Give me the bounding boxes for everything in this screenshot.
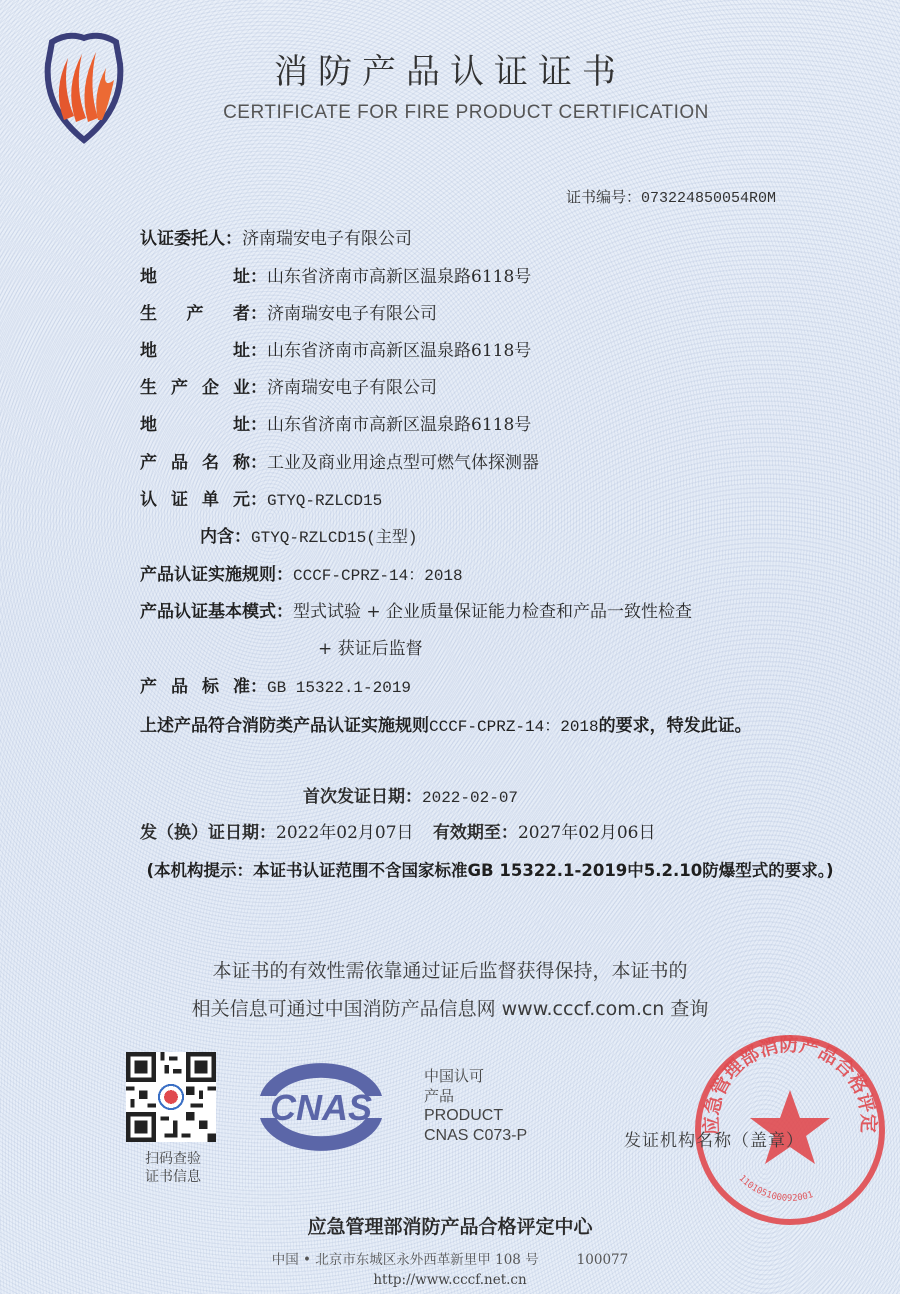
certificate-title-en: CERTIFICATE FOR FIRE PRODUCT CERTIFICATI… (0, 102, 900, 124)
field-includes: 内含：GTYQ-RZLCD15(主型) (200, 522, 417, 547)
svg-text:CNAS: CNAS (270, 1087, 372, 1128)
field-label: 产品标准 (140, 672, 250, 697)
certificate-title: 消防产品认证证书 (0, 44, 900, 93)
field-value: 工业及商业用途点型可燃气体探测器 (267, 453, 539, 473)
field-applicant: 认证委托人：济南瑞安电子有限公司 (140, 224, 412, 249)
qr-caption: 扫码查验 证书信息 (130, 1150, 216, 1186)
certificate-number-label: 证书编号： (566, 188, 641, 206)
field-cert-mode-line2: + 获证后监督 (318, 634, 423, 659)
field-value: 型式试验 + 企业质量保证能力检查和产品一致性检查 (293, 602, 692, 622)
field-manufacturer: 生产者：济南瑞安电子有限公司 (140, 299, 437, 324)
issuing-organization: 应急管理部消防产品合格评定中心 (0, 1212, 900, 1239)
field-value: 济南瑞安电子有限公司 (242, 229, 412, 249)
field-label: 产品名称 (140, 448, 250, 473)
field-value: 山东省济南市高新区温泉路6118号 (267, 415, 531, 435)
field-applicant-address: 地址：山东省济南市高新区温泉路6118号 (140, 262, 531, 287)
field-value: GTYQ-RZLCD15 (267, 492, 382, 510)
field-factory-address: 地址：山东省济南市高新区温泉路6118号 (140, 410, 531, 435)
issuer-label: 发证机构名称（盖章） (624, 1126, 804, 1151)
field-product-standard: 产品标准 ：GB 15322.1-2019 (140, 672, 411, 697)
scope-note: (本机构提示：本证书认证范围不含国家标准GB 15322.1-2019中5.2.… (140, 852, 840, 890)
issue-date: 2022年02月07日 (276, 823, 414, 843)
field-label: 生产者 (140, 299, 250, 324)
field-value: GB 15322.1-2019 (267, 679, 411, 697)
field-value: 济南瑞安电子有限公司 (267, 378, 437, 398)
field-label: 地址 (140, 336, 250, 361)
field-label: 生产企业 (140, 373, 250, 398)
field-value: 济南瑞安电子有限公司 (267, 304, 437, 324)
certificate-number: 证书编号：073224850054R0M (566, 186, 776, 207)
field-label: 地址 (140, 262, 250, 287)
cnas-accreditation: 中国认可 产品 PRODUCT CNAS C073-P (424, 1066, 527, 1146)
field-label: 内含 (200, 522, 234, 547)
field-label: 地址 (140, 410, 250, 435)
conformity-statement: 上述产品符合消防类产品认证实施规则CCCF-CPRZ-14：2018的要求，特发… (140, 706, 780, 747)
svg-text:110105100092001: 110105100092001 (737, 1174, 815, 1204)
field-cert-mode: 产品认证基本模式：型式试验 + 企业质量保证能力检查和产品一致性检查 (140, 597, 692, 622)
field-label: 产品认证实施规则 (140, 560, 276, 585)
field-value: 山东省济南市高新区温泉路6118号 (267, 341, 531, 361)
cnas-logo: CNAS (246, 1054, 396, 1158)
field-value: CCCF-CPRZ-14：2018 (293, 567, 463, 585)
organization-address: 中国 • 北京市东城区永外西革新里甲 108 号100077 (0, 1248, 900, 1268)
field-value: + 获证后监督 (318, 639, 423, 659)
validity-notice: 本证书的有效性需依靠通过证后监督获得保持，本证书的 相关信息可通过中国消防产品信… (0, 952, 900, 1028)
valid-until-date: 2027年02月06日 (518, 823, 656, 843)
field-manufacturer-address: 地址：山东省济南市高新区温泉路6118号 (140, 336, 531, 361)
organization-website-link[interactable]: http://www.cccf.net.cn (0, 1272, 900, 1288)
field-product-name: 产品名称 ：工业及商业用途点型可燃气体探测器 (140, 448, 539, 473)
field-factory: 生产企业 ：济南瑞安电子有限公司 (140, 373, 437, 398)
field-label: 认证委托人 (140, 224, 225, 249)
field-implementation-rule: 产品认证实施规则：CCCF-CPRZ-14：2018 (140, 560, 463, 585)
field-value: GTYQ-RZLCD15(主型) (251, 529, 417, 547)
postal-code: 100077 (577, 1252, 629, 1268)
first-issue-date: 首次发证日期：2022-02-07 (303, 782, 518, 807)
certificate-number-value: 073224850054R0M (641, 190, 776, 207)
field-cert-unit: 认证单元 ：GTYQ-RZLCD15 (140, 485, 382, 510)
field-label: 认证单元 (140, 485, 250, 510)
field-label: 产品认证基本模式 (140, 597, 276, 622)
field-value: 山东省济南市高新区温泉路6118号 (267, 267, 531, 287)
issue-validity-dates: 发（换）证日期：2022年02月07日 有效期至：2027年02月06日 (140, 818, 655, 843)
qr-code[interactable] (126, 1052, 216, 1142)
